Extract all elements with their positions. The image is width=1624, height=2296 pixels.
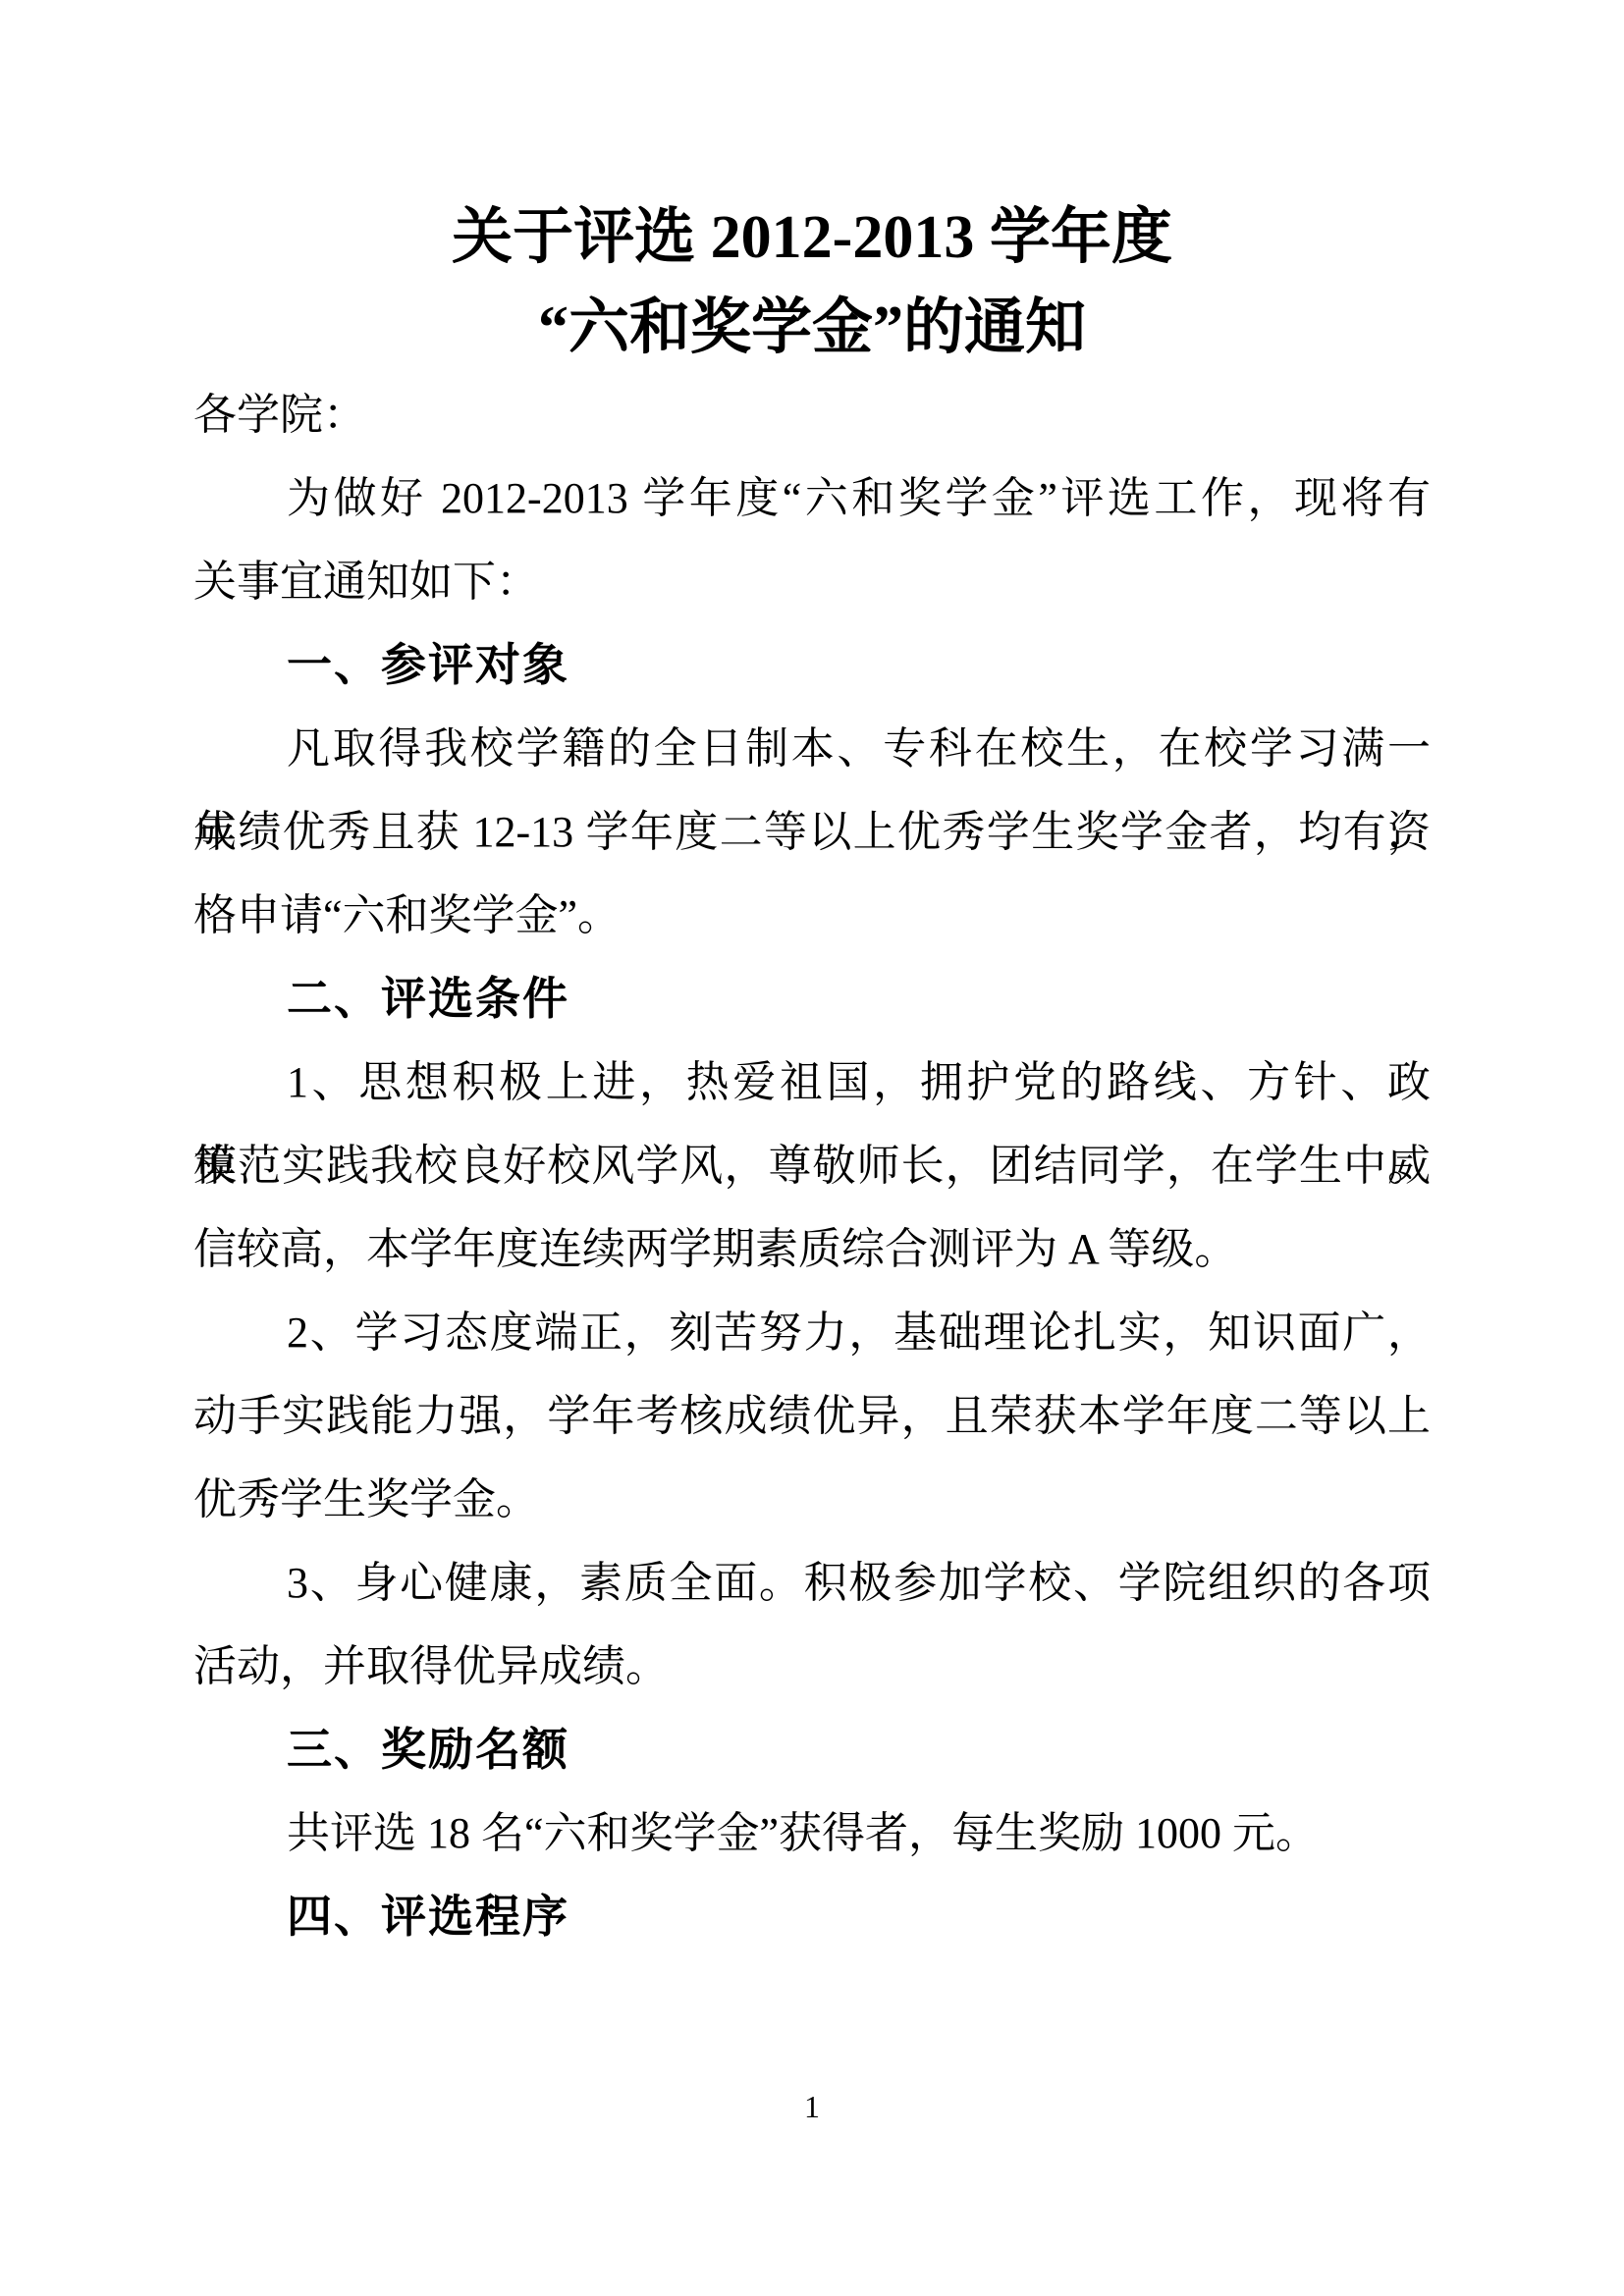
condition1-line-3: 信较高，本学年度连续两学期素质综合测评为 A 等级。 [193, 1207, 1431, 1291]
intro-line-1: 为做好 2012-2013 学年度“六和奖学金”评选工作，现将有 [193, 456, 1431, 540]
condition3-line-1: 3、身心健康，素质全面。积极参加学校、学院组织的各项 [193, 1541, 1431, 1625]
section-heading-1: 一、参评对象 [193, 623, 1431, 707]
document-content: 关于评选 2012-2013 学年度 “六和奖学金”的通知 各学院： 为做好 2… [0, 0, 1624, 1958]
quota-line: 共评选 18 名“六和奖学金”获得者，每生奖励 1000 元。 [193, 1791, 1431, 1875]
section-heading-2: 二、评选条件 [193, 957, 1431, 1041]
section-heading-4: 四、评选程序 [193, 1875, 1431, 1958]
intro-line-2: 关事宜通知如下： [193, 540, 1431, 623]
title-line-2: “六和奖学金”的通知 [193, 283, 1431, 373]
section1-line-1: 凡取得我校学籍的全日制本、专科在校生，在校学习满一年， [193, 707, 1431, 790]
section-heading-3: 三、奖励名额 [193, 1708, 1431, 1791]
section1-line-2: 成绩优秀且获 12-13 学年度二等以上优秀学生奖学金者，均有资 [193, 790, 1431, 874]
condition2-line-2: 动手实践能力强，学年考核成绩优异，且荣获本学年度二等以上 [193, 1374, 1431, 1458]
condition3-line-2: 活动，并取得优异成绩。 [193, 1625, 1431, 1708]
title-line-1: 关于评选 2012-2013 学年度 [193, 192, 1431, 283]
condition2-line-1: 2、学习态度端正，刻苦努力，基础理论扎实，知识面广， [193, 1291, 1431, 1374]
document-page: 关于评选 2012-2013 学年度 “六和奖学金”的通知 各学院： 为做好 2… [0, 0, 1624, 2296]
condition1-line-2: 模范实践我校良好校风学风，尊敬师长，团结同学，在学生中威 [193, 1124, 1431, 1207]
section1-line-3: 格申请“六和奖学金”。 [193, 874, 1431, 957]
page-number: 1 [0, 2089, 1624, 2125]
condition2-line-3: 优秀学生奖学金。 [193, 1458, 1431, 1541]
condition1-line-1: 1、思想积极上进，热爱祖国，拥护党的路线、方针、政策。 [193, 1041, 1431, 1124]
salutation-line: 各学院： [193, 373, 1431, 456]
